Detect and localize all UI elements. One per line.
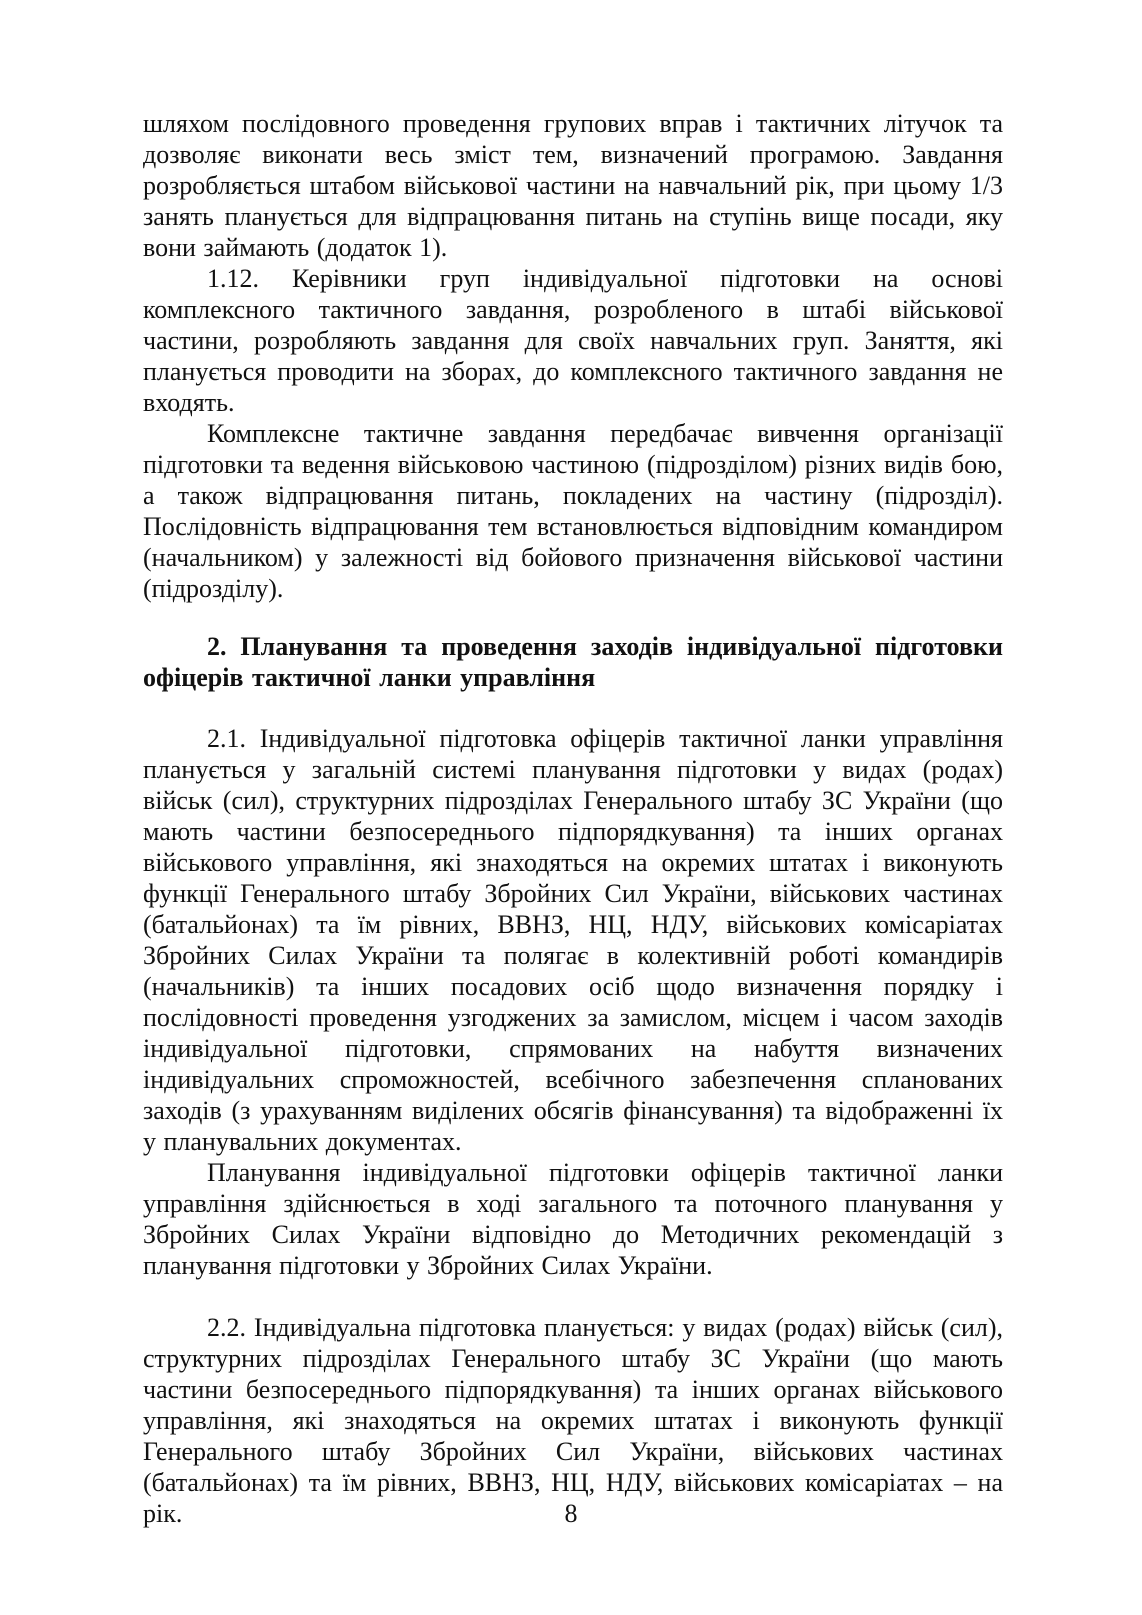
document-content: шляхом послідовного проведення групових … bbox=[143, 108, 1003, 1529]
document-page: шляхом послідовного проведення групових … bbox=[0, 0, 1142, 1615]
paragraph-complex-tactical-task: Комплексне тактичне завдання передбачає … bbox=[143, 418, 1003, 604]
paragraph-2-1: 2.1. Індивідуальної підготовка офіцерів … bbox=[143, 723, 1003, 1157]
section-2-heading: 2. Планування та проведення заходів інди… bbox=[143, 631, 1003, 693]
paragraph-1-12: 1.12. Керівники груп індивідуальної підг… bbox=[143, 263, 1003, 418]
paragraph-continued-from-previous-page: шляхом послідовного проведення групових … bbox=[143, 108, 1003, 263]
paragraph-2-2: 2.2. Індивідуальна підготовка планується… bbox=[143, 1312, 1003, 1529]
paragraph-planning-of-individual-training: Планування індивідуальної підготовки офі… bbox=[143, 1157, 1003, 1281]
page-number: 8 bbox=[0, 1498, 1142, 1529]
